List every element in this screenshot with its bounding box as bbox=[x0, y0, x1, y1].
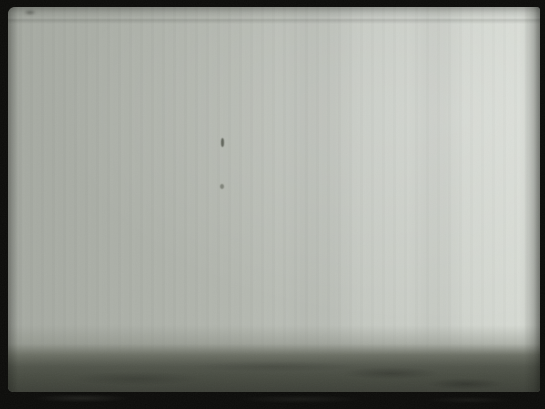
film-dirt-smudge bbox=[22, 9, 38, 16]
left-edge-shading bbox=[8, 7, 18, 392]
film-frame bbox=[8, 7, 540, 392]
film-frame-border bbox=[0, 0, 545, 409]
right-edge-shading bbox=[524, 7, 540, 392]
falling-object-speck-lower bbox=[220, 184, 224, 189]
film-top-edge-band bbox=[8, 7, 540, 25]
falling-object-speck-upper bbox=[221, 138, 224, 147]
sea bbox=[8, 325, 540, 392]
